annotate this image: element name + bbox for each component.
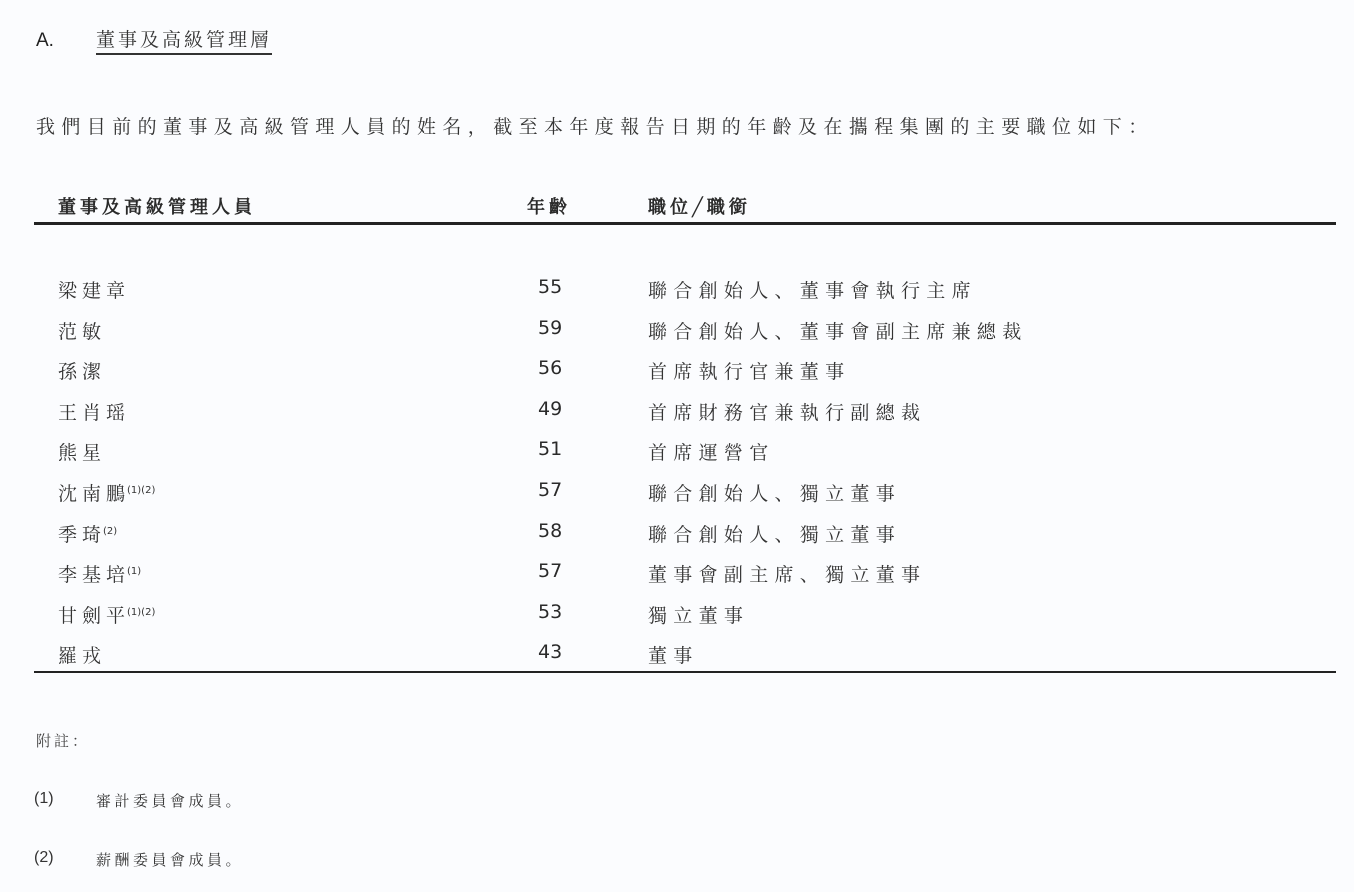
table-row: 范敏 59 聯合創始人、董事會副主席兼總裁: [0, 311, 1354, 352]
position-cell: 董事會副主席、獨立董事: [648, 560, 926, 587]
name-cell: 梁建章: [58, 276, 127, 303]
header-position: 職位╱職銜: [648, 193, 751, 219]
name-text: 甘劍平: [58, 605, 130, 627]
age-cell: 49: [538, 398, 562, 420]
position-cell: 獨立董事: [648, 601, 749, 628]
name-text: 范敏: [58, 321, 106, 343]
table-row: 季琦(2) 58 聯合創始人、獨立董事: [0, 514, 1354, 555]
note-text: 薪酬委員會成員。: [96, 849, 244, 870]
table-row: 梁建章 55 聯合創始人、董事會執行主席: [0, 270, 1354, 311]
note-ref: (2): [103, 526, 117, 537]
table-row: 羅戎 43 董事: [0, 635, 1354, 676]
management-table-body: 梁建章 55 聯合創始人、董事會執行主席 范敏 59 聯合創始人、董事會副主席兼…: [0, 270, 1354, 676]
position-cell: 首席財務官兼執行副總裁: [648, 398, 926, 425]
note-number: (1): [34, 790, 54, 808]
note-ref: (1)(2): [127, 485, 155, 496]
age-cell: 56: [538, 357, 562, 379]
name-cell: 李基培(1): [58, 560, 141, 587]
name-text: 孫潔: [58, 361, 106, 383]
position-cell: 聯合創始人、董事會執行主席: [648, 276, 977, 303]
position-cell: 聯合創始人、獨立董事: [648, 479, 901, 506]
age-cell: 57: [538, 479, 562, 501]
note-ref: (1): [127, 566, 141, 577]
table-row: 李基培(1) 57 董事會副主席、獨立董事: [0, 554, 1354, 595]
position-cell: 首席運營官: [648, 438, 775, 465]
age-cell: 57: [538, 560, 562, 582]
name-text: 沈南鵬: [58, 483, 130, 505]
age-cell: 59: [538, 317, 562, 339]
age-cell: 55: [538, 276, 562, 298]
note-text: 審計委員會成員。: [96, 790, 244, 811]
name-cell: 范敏: [58, 317, 103, 344]
name-cell: 羅戎: [58, 641, 103, 668]
name-cell: 孫潔: [58, 357, 103, 384]
name-cell: 季琦(2): [58, 520, 117, 547]
name-text: 季琦: [58, 524, 106, 546]
name-text: 李基培: [58, 564, 130, 586]
age-cell: 51: [538, 438, 562, 460]
position-cell: 董事: [648, 641, 699, 668]
intro-paragraph: 我們目前的董事及高級管理人員的姓名，截至本年度報告日期的年齡及在攜程集團的主要職…: [36, 112, 1154, 139]
age-cell: 43: [538, 641, 562, 663]
name-text: 羅戎: [58, 645, 106, 667]
position-cell: 首席執行官兼董事: [648, 357, 850, 384]
table-row: 孫潔 56 首席執行官兼董事: [0, 351, 1354, 392]
note-number: (2): [34, 849, 54, 867]
name-text: 王肖瑶: [58, 402, 130, 424]
position-cell: 聯合創始人、獨立董事: [648, 520, 901, 547]
table-row: 沈南鵬(1)(2) 57 聯合創始人、獨立董事: [0, 473, 1354, 514]
table-top-rule: [34, 222, 1336, 225]
name-cell: 沈南鵬(1)(2): [58, 479, 155, 506]
table-row: 王肖瑶 49 首席財務官兼執行副總裁: [0, 392, 1354, 433]
table-bottom-rule: [34, 671, 1336, 673]
name-text: 熊星: [58, 442, 106, 464]
header-age: 年齡: [527, 193, 571, 219]
name-cell: 王肖瑶: [58, 398, 127, 425]
name-text: 梁建章: [58, 280, 130, 302]
age-cell: 53: [538, 601, 562, 623]
name-cell: 熊星: [58, 438, 103, 465]
age-cell: 58: [538, 520, 562, 542]
section-letter: A.: [36, 30, 54, 52]
position-cell: 聯合創始人、董事會副主席兼總裁: [648, 317, 1028, 344]
header-name: 董事及高級管理人員: [58, 193, 256, 219]
section-title: 董事及高級管理層: [96, 29, 272, 55]
notes-title: 附註：: [36, 730, 90, 751]
table-row: 熊星 51 首席運營官: [0, 432, 1354, 473]
note-ref: (1)(2): [127, 607, 155, 618]
name-cell: 甘劍平(1)(2): [58, 601, 155, 628]
table-row: 甘劍平(1)(2) 53 獨立董事: [0, 595, 1354, 636]
